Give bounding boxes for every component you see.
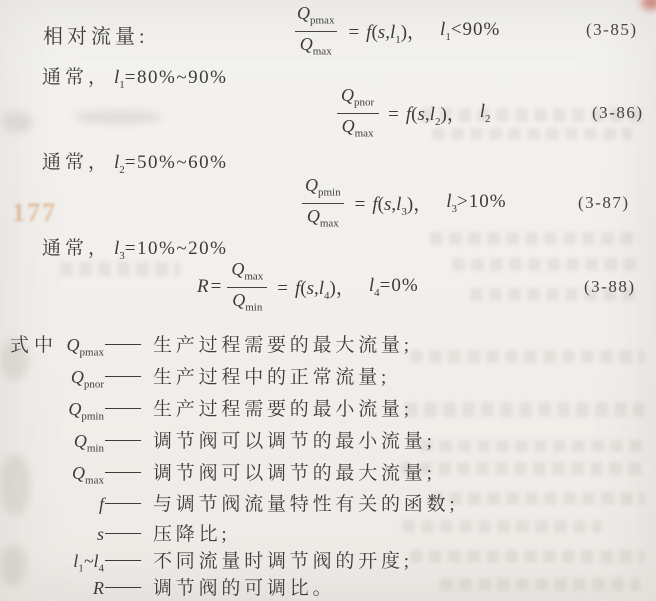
bleedthrough-text-row bbox=[410, 350, 645, 363]
fraction-denominator: Qmax bbox=[337, 113, 379, 140]
definition-description: 与调节阀流量特性有关的函数; bbox=[153, 489, 458, 516]
fraction-numerator: Qpmax bbox=[292, 4, 339, 30]
definition-description: 生产过程需要的最小流量; bbox=[153, 394, 413, 421]
definition-row-qpmin: Qpmin —— 生产过程需要的最小流量; bbox=[0, 394, 413, 423]
em-dash: —— bbox=[105, 365, 151, 387]
definition-row-r: R —— 调节阀的可调比。 bbox=[0, 573, 335, 601]
bleedthrough-text-row bbox=[430, 232, 640, 245]
fraction: Qmax Qmin bbox=[226, 260, 268, 313]
definition-description: 调节阀的可调比。 bbox=[153, 573, 335, 600]
em-dash: —— bbox=[105, 522, 151, 544]
equation-number: (3-87) bbox=[578, 193, 629, 213]
intro-label: 相对流量: bbox=[43, 20, 149, 49]
bleedthrough-text-row bbox=[430, 492, 645, 505]
fraction: Qpmax Qmax bbox=[292, 4, 339, 57]
scan-corner-mark bbox=[641, 0, 656, 10]
scanned-document-page: { "page": {"background": "#f1efeb", "ink… bbox=[0, 0, 656, 601]
definition-symbol: l1~l4 bbox=[0, 551, 104, 575]
definition-description: 调节阀可以调节的最小流量; bbox=[153, 426, 436, 453]
fraction-denominator: Qmin bbox=[227, 287, 267, 314]
definition-symbol: Qpmax bbox=[0, 335, 104, 359]
definition-description: 不同流量时调节阀的开度; bbox=[153, 546, 413, 573]
definition-row-qpmax: Qpmax —— 生产过程需要的最大流量; bbox=[0, 330, 413, 359]
definition-symbol: s bbox=[0, 524, 104, 548]
fraction-denominator: Qmax bbox=[302, 203, 344, 230]
bleedthrough-text-row bbox=[440, 578, 640, 591]
definition-description: 生产过程需要的最大流量; bbox=[153, 330, 413, 357]
bleedthrough-blob bbox=[2, 112, 32, 132]
bleedthrough-text-row bbox=[410, 550, 645, 563]
fraction: Qpnor Qmax bbox=[336, 86, 379, 139]
em-dash: —— bbox=[105, 333, 151, 355]
fraction-denominator: Qmax bbox=[295, 31, 337, 58]
equation-condition: l1<90% bbox=[440, 19, 500, 43]
equation-number: (3-86) bbox=[592, 103, 643, 123]
bleedthrough-blob bbox=[74, 110, 162, 124]
definition-description: 调节阀可以调节的最大流量; bbox=[153, 458, 436, 485]
equation-number: (3-85) bbox=[586, 20, 637, 40]
bleedthrough-page-number: 177 bbox=[12, 198, 57, 228]
em-dash: —— bbox=[105, 429, 151, 451]
equation-3-85: Qpmax Qmax =f(s,l1)， l1<90% bbox=[292, 3, 500, 59]
definition-symbol: R bbox=[0, 578, 104, 601]
definition-symbol: Qmax bbox=[0, 463, 104, 487]
definition-row-f: f —— 与调节阀流量特性有关的函数; bbox=[0, 489, 458, 518]
fraction-numerator: Qpnor bbox=[336, 86, 379, 112]
equation-rhs: =f(s,l4)， bbox=[277, 273, 355, 302]
definition-row-qpnor: Qpnor —— 生产过程中的正常流量; bbox=[0, 362, 390, 391]
definition-description: 压降比; bbox=[153, 519, 230, 546]
equation-rhs: =f(s,l1)， bbox=[348, 17, 426, 46]
em-dash: —— bbox=[105, 549, 151, 571]
definition-row-l1-l4: l1~l4 —— 不同流量时调节阀的开度; bbox=[0, 546, 413, 575]
em-dash: —— bbox=[105, 397, 151, 419]
em-dash: —— bbox=[105, 461, 151, 483]
equation-3-86: Qpnor Qmax =f(s,l2)， l2 bbox=[336, 85, 491, 141]
em-dash: —— bbox=[105, 492, 151, 514]
equation-number: (3-88) bbox=[584, 277, 635, 297]
definition-row-qmin: Qmin —— 调节阀可以调节的最小流量; bbox=[0, 426, 436, 455]
equation-condition: l4=0% bbox=[369, 275, 419, 299]
definition-symbol: f bbox=[0, 494, 104, 518]
equation-condition: l3>10% bbox=[446, 191, 506, 215]
equation-3-87: Qpmin Qmax =f(s,l3)， l3>10% bbox=[300, 175, 507, 231]
equation-condition: l2 bbox=[480, 101, 491, 125]
equation-rhs: =f(s,l2)， bbox=[388, 99, 466, 128]
definition-row-qmax: Qmax —— 调节阀可以调节的最大流量; bbox=[0, 458, 436, 487]
fraction: Qpmin Qmax bbox=[300, 176, 346, 229]
bleedthrough-text-row bbox=[402, 520, 602, 533]
definition-symbol: Qmin bbox=[0, 431, 104, 455]
bleedthrough-text-row bbox=[420, 440, 645, 452]
usual-line-3: 通常，l3=10%~20% bbox=[42, 233, 227, 262]
bleedthrough-text-row bbox=[60, 262, 180, 276]
usual-line-2: 通常，l2=50%~60% bbox=[42, 147, 227, 176]
em-dash: —— bbox=[105, 576, 151, 598]
fraction-numerator: Qmax bbox=[226, 260, 268, 286]
equation-rhs: =f(s,l3)， bbox=[355, 189, 433, 218]
bleedthrough-text-row bbox=[400, 462, 645, 475]
equation-lead: R= bbox=[197, 276, 226, 298]
bleedthrough-text-row bbox=[405, 402, 645, 417]
bleedthrough-text-row bbox=[452, 258, 642, 271]
definition-symbol: Qpmin bbox=[0, 399, 104, 423]
equation-3-88: R= Qmax Qmin =f(s,l4)， l4=0% bbox=[197, 259, 419, 315]
fraction-numerator: Qpmin bbox=[300, 176, 346, 202]
usual-line-1: 通常，l1=80%~90% bbox=[42, 62, 227, 91]
definition-description: 生产过程中的正常流量; bbox=[153, 362, 390, 389]
definition-symbol: Qpnor bbox=[0, 367, 104, 391]
definition-row-s: s —— 压降比; bbox=[0, 519, 230, 548]
